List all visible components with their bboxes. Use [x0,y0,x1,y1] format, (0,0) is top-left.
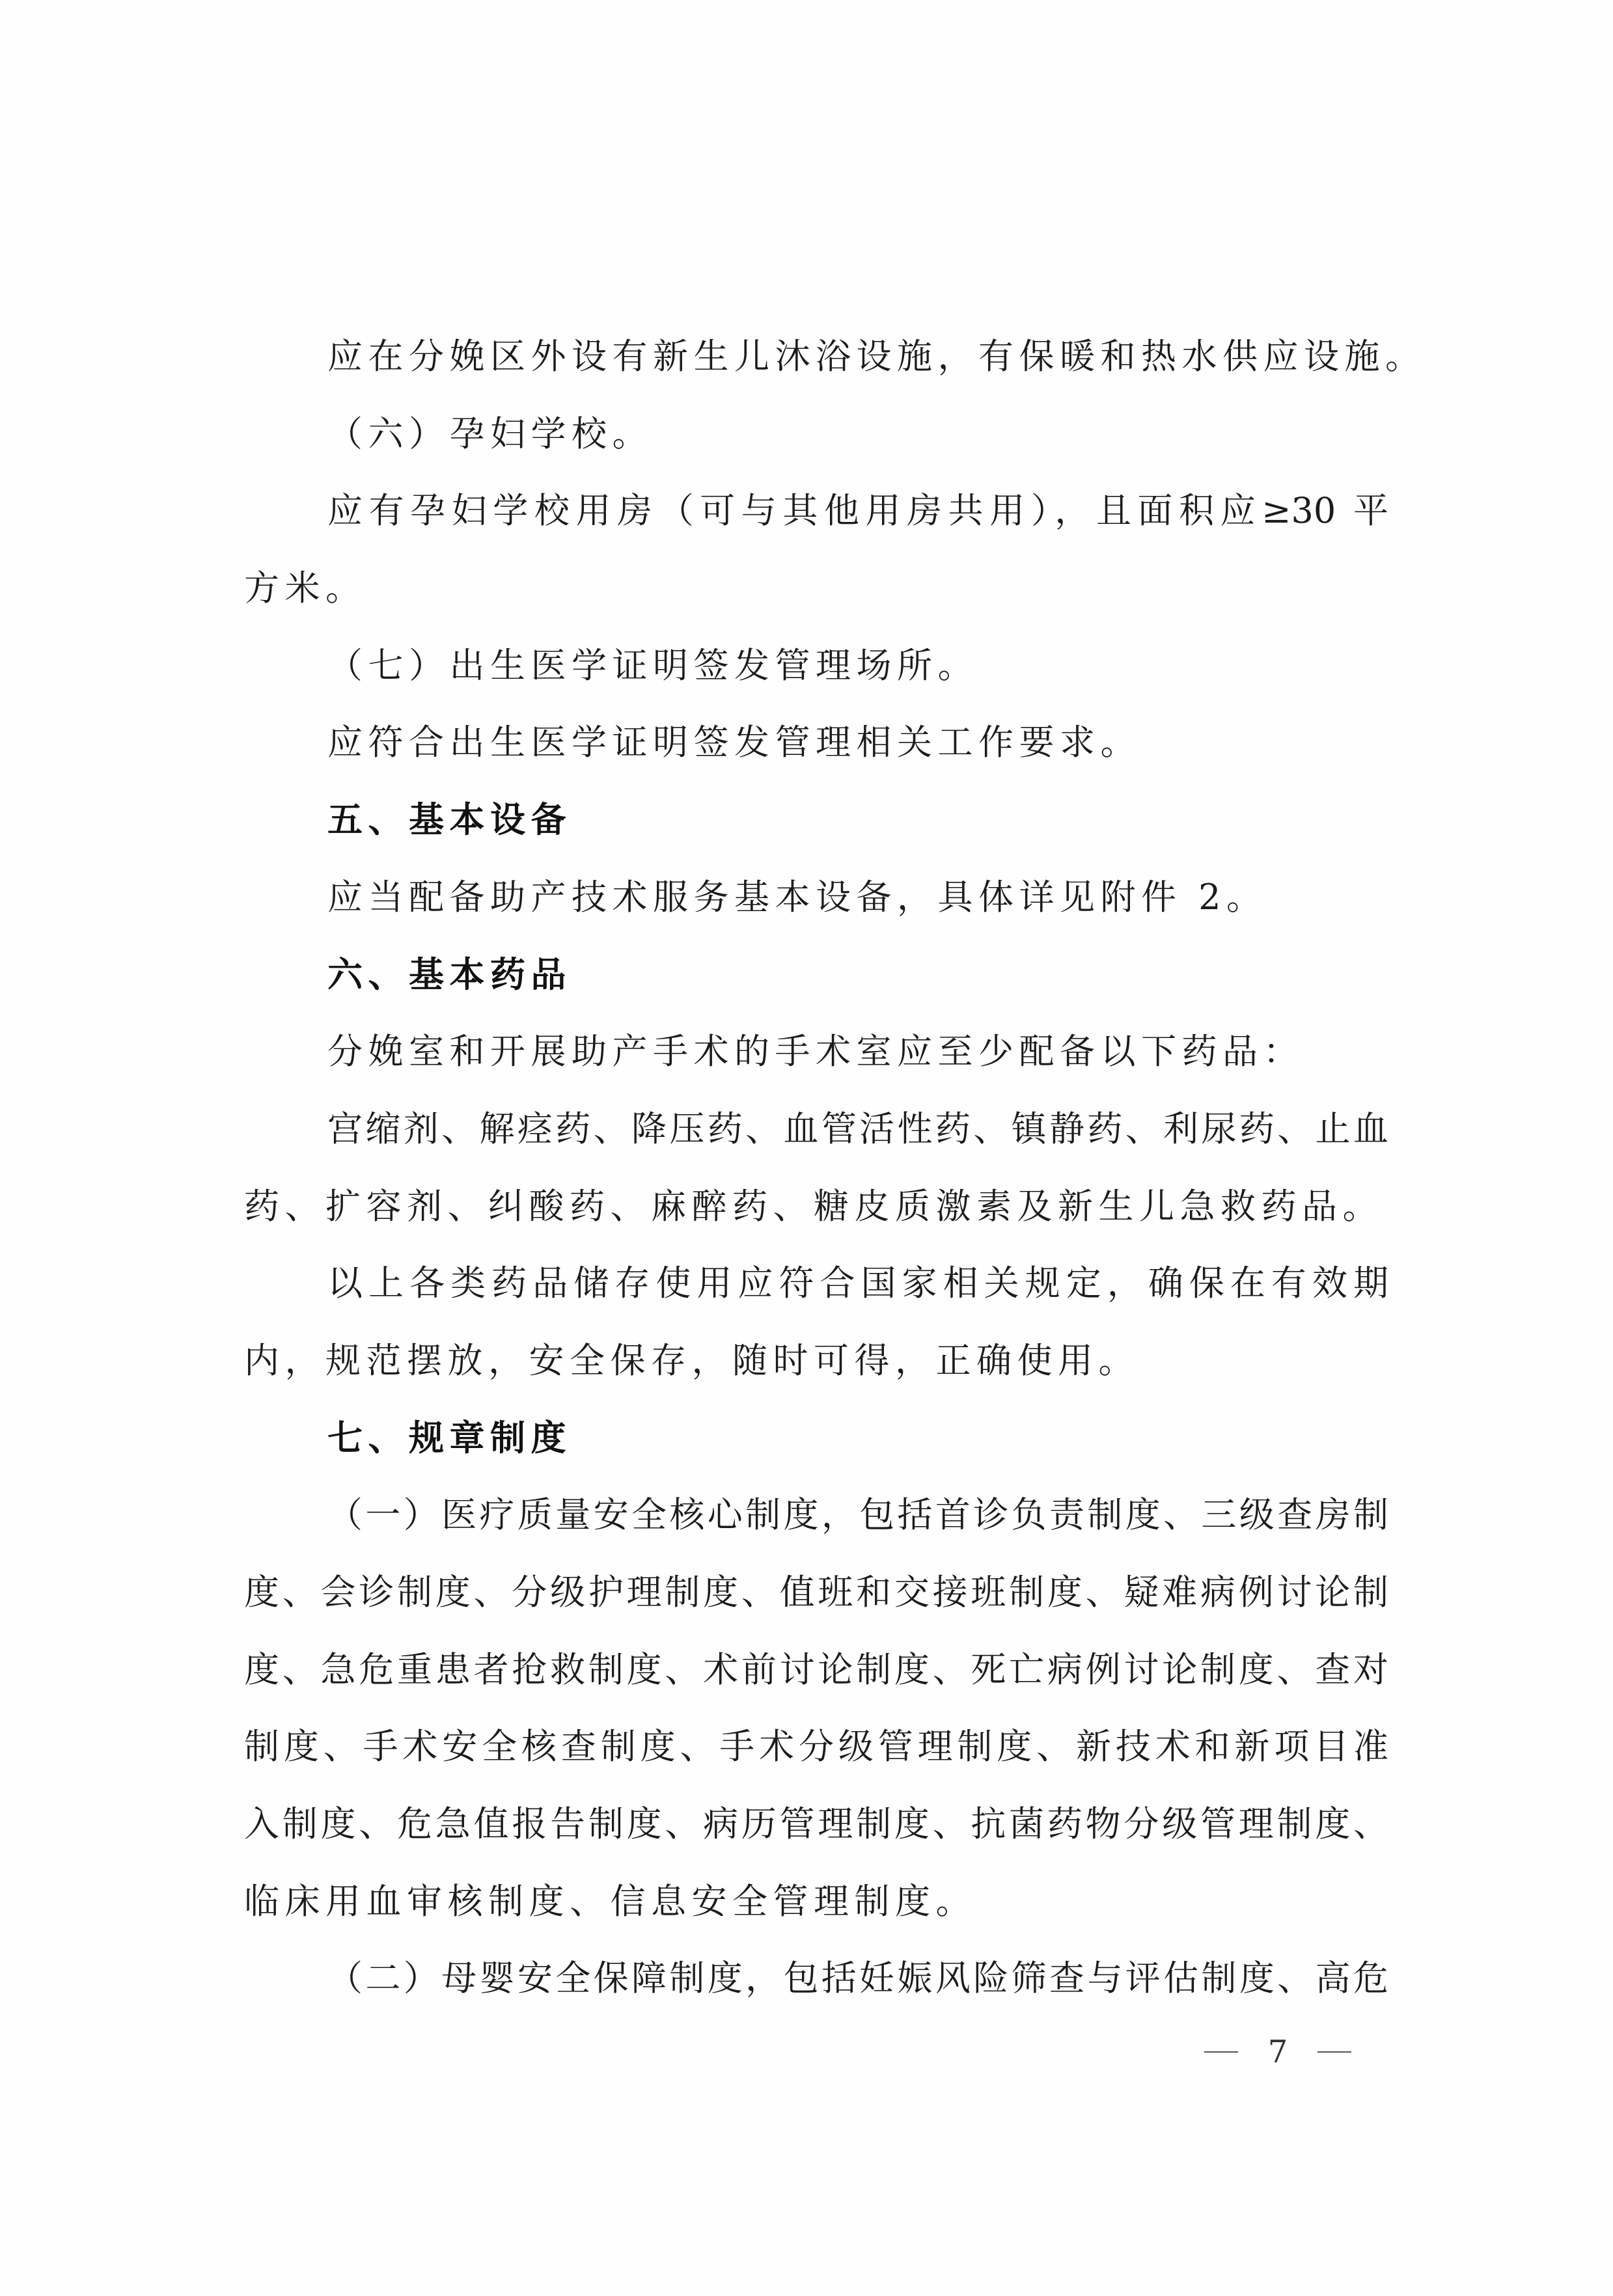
paragraph-line-core-rules-2: 度、会诊制度、分级护理制度、值班和交接班制度、疑难病例讨论制 [244,1566,1388,1644]
paragraph-line-newborn-bathing: 应在分娩区外设有新生儿沐浴设施，有保暖和热水供应设施。 [244,331,1388,408]
paragraph-line-core-rules-3: 度、急危重患者抢救制度、术前讨论制度、死亡病例讨论制度、查对 [244,1644,1388,1721]
line-text: 应符合出生医学证明签发管理相关工作要求。 [327,722,1141,763]
paragraph-line-medicine-list-2: 药、扩容剂、纠酸药、麻醉药、糖皮质激素及新生儿急救药品。 [244,1181,1388,1258]
paragraph-line-core-rules-5: 入制度、危急值报告制度、病历管理制度、抗菌药物分级管理制度、 [244,1798,1388,1876]
line-text: （一）医疗质量安全核心制度，包括首诊负责制度、三级查房制 [327,1489,1388,1541]
line-text: 分娩室和开展助产手术的手术室应至少配备以下药品： [327,1031,1304,1072]
line-text: 应在分娩区外设有新生儿沐浴设施，有保暖和热水供应设施。 [327,336,1426,377]
line-text: 六、基本药品 [327,954,572,995]
line-text: 宫缩剂、解痉药、降压药、血管活性药、镇静药、利尿药、止血 [327,1103,1388,1155]
line-text: 方米。 [244,567,366,608]
paragraph-line-core-rules-4: 制度、手术安全核查制度、手术分级管理制度、新技术和新项目准 [244,1721,1388,1798]
line-text: （二）母婴安全保障制度，包括妊娠风险筛查与评估制度、高危 [327,1952,1388,2004]
paragraph-line-equipment: 应当配备助产技术服务基本设备，具体详见附件 2。 [244,871,1388,949]
document-body: 应在分娩区外设有新生儿沐浴设施，有保暖和热水供应设施。 （六）孕妇学校。 应有孕… [244,331,1388,2030]
line-text: 药、扩容剂、纠酸药、麻醉药、糖皮质激素及新生儿急救药品。 [244,1186,1383,1227]
line-text: 应有孕妇学校用房（可与其他用房共用），且面积应≥30 平 [327,485,1388,537]
line-text: 以上各类药品储存使用应符合国家相关规定，确保在有效期 [327,1257,1388,1309]
page-number-value: 7 [1268,2034,1288,2070]
line-text: 临床用血审核制度、信息安全管理制度。 [244,1881,976,1922]
paragraph-line-square-meters: 方米。 [244,562,1388,640]
page-number: 7 [1204,2029,1351,2075]
paragraph-line-core-rules-6: 临床用血审核制度、信息安全管理制度。 [244,1876,1388,1953]
line-text: （六）孕妇学校。 [327,413,653,454]
line-text: 七、规章制度 [327,1417,572,1458]
line-text: 入制度、危急值报告制度、病历管理制度、抗菌药物分级管理制度、 [244,1798,1388,1850]
line-text: 度、会诊制度、分级护理制度、值班和交接班制度、疑难病例讨论制 [244,1566,1388,1619]
paragraph-line-storage-1: 以上各类药品储存使用应符合国家相关规定，确保在有效期 [244,1257,1388,1335]
paragraph-line-storage-2: 内，规范摆放，安全保存，随时可得，正确使用。 [244,1335,1388,1412]
subheading-birth-certificate: （七）出生医学证明签发管理场所。 [244,640,1388,717]
document-page: 应在分娩区外设有新生儿沐浴设施，有保暖和热水供应设施。 （六）孕妇学校。 应有孕… [0,0,1613,2296]
section-heading-basic-equipment: 五、基本设备 [244,794,1388,871]
line-text: 内，规范摆放，安全保存，随时可得，正确使用。 [244,1340,1139,1381]
line-text: 制度、手术安全核查制度、手术分级管理制度、新技术和新项目准 [244,1721,1388,1773]
paragraph-line-school-room: 应有孕妇学校用房（可与其他用房共用），且面积应≥30 平 [244,485,1388,562]
paragraph-line-maternal-safety: （二）母婴安全保障制度，包括妊娠风险筛查与评估制度、高危 [244,1952,1388,2030]
line-text: （七）出生医学证明签发管理场所。 [327,645,978,686]
line-text: 五、基本设备 [327,799,572,840]
section-heading-rules: 七、规章制度 [244,1412,1388,1490]
section-heading-basic-medicines: 六、基本药品 [244,949,1388,1026]
line-text: 应当配备助产技术服务基本设备，具体详见附件 2。 [327,877,1267,918]
paragraph-line-core-rules-1: （一）医疗质量安全核心制度，包括首诊负责制度、三级查房制 [244,1489,1388,1566]
line-text: 度、急危重患者抢救制度、术前讨论制度、死亡病例讨论制度、查对 [244,1644,1388,1696]
page-number-dash-right [1317,2051,1351,2053]
paragraph-line-medicine-list-1: 宫缩剂、解痉药、降压药、血管活性药、镇静药、利尿药、止血 [244,1103,1388,1181]
page-number-dash-left [1204,2051,1238,2053]
subheading-prenatal-school: （六）孕妇学校。 [244,408,1388,485]
paragraph-line-certificate-requirements: 应符合出生医学证明签发管理相关工作要求。 [244,717,1388,794]
paragraph-line-medicines-intro: 分娩室和开展助产手术的手术室应至少配备以下药品： [244,1026,1388,1103]
